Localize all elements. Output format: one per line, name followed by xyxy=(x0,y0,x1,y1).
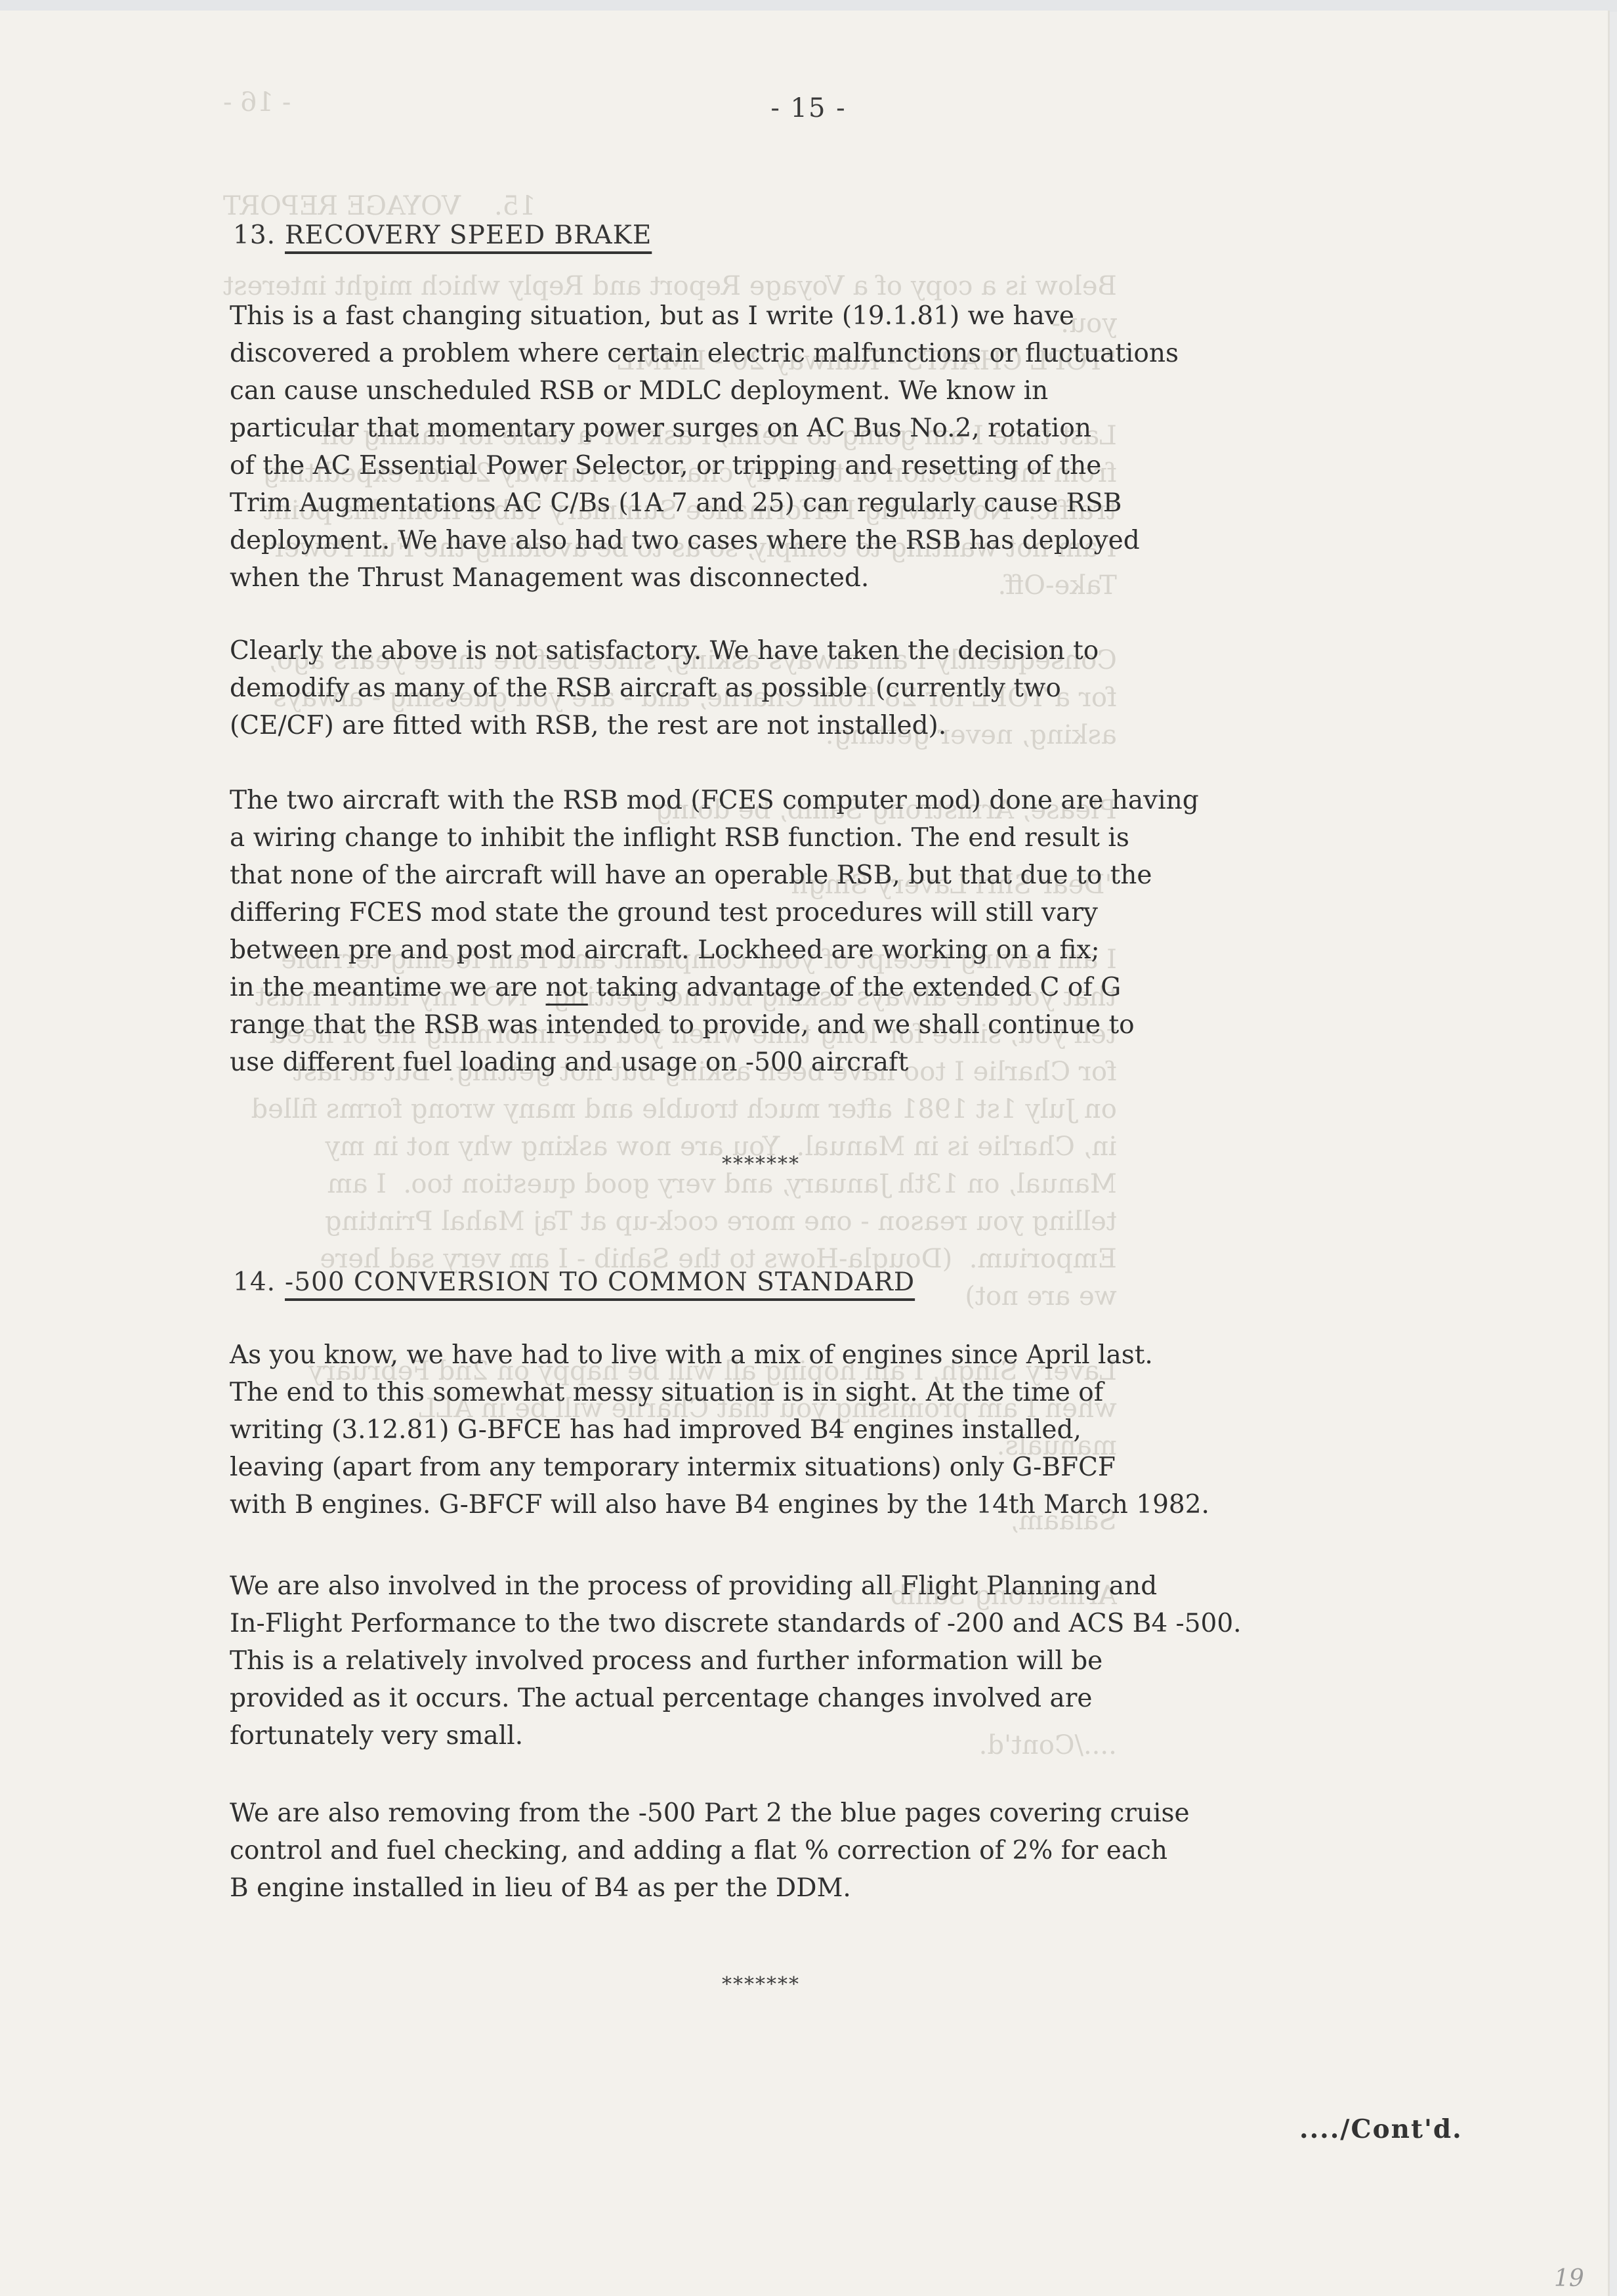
handwritten-page-mark: 19 xyxy=(1554,2265,1584,2292)
separator-stars: ******* xyxy=(722,1973,800,1996)
section-13-paragraph-3: The two aircraft with the RSB mod (FCES … xyxy=(230,782,1509,1081)
page-number: - 15 - xyxy=(0,93,1617,123)
section-number: 14. xyxy=(233,1267,276,1297)
section-number: 13. xyxy=(233,221,276,250)
section-14-paragraph-3: We are also removing from the -500 Part … xyxy=(230,1795,1582,1907)
section-title: RECOVERY SPEED BRAKE xyxy=(285,221,652,250)
section-title: -500 CONVERSION TO COMMON STANDARD xyxy=(285,1267,915,1297)
continued-marker: ..../Cont'd. xyxy=(1299,2114,1463,2144)
paragraph-text-before: The two aircraft with the RSB mod (FCES … xyxy=(230,786,1199,1002)
section-14-paragraph-1: As you know, we have had to live with a … xyxy=(230,1336,1582,1523)
document-page: - 16 - 15. VOYAGE REPORT Below is a copy… xyxy=(0,11,1610,2296)
section-13-paragraph-2: Clearly the above is not satisfactory. W… xyxy=(230,632,1509,744)
section-14-heading: 14.-500 CONVERSION TO COMMON STANDARD xyxy=(233,1267,915,1297)
section-13-paragraph-1: This is a fast changing situation, but a… xyxy=(230,297,1509,597)
separator-stars: ******* xyxy=(722,1153,800,1176)
bleed-through-heading: 15. VOYAGE REPORT xyxy=(223,188,536,225)
section-13-heading: 13.RECOVERY SPEED BRAKE xyxy=(233,221,652,250)
section-14-paragraph-2: We are also involved in the process of p… xyxy=(230,1567,1582,1754)
underlined-word-not: not xyxy=(546,973,588,1002)
